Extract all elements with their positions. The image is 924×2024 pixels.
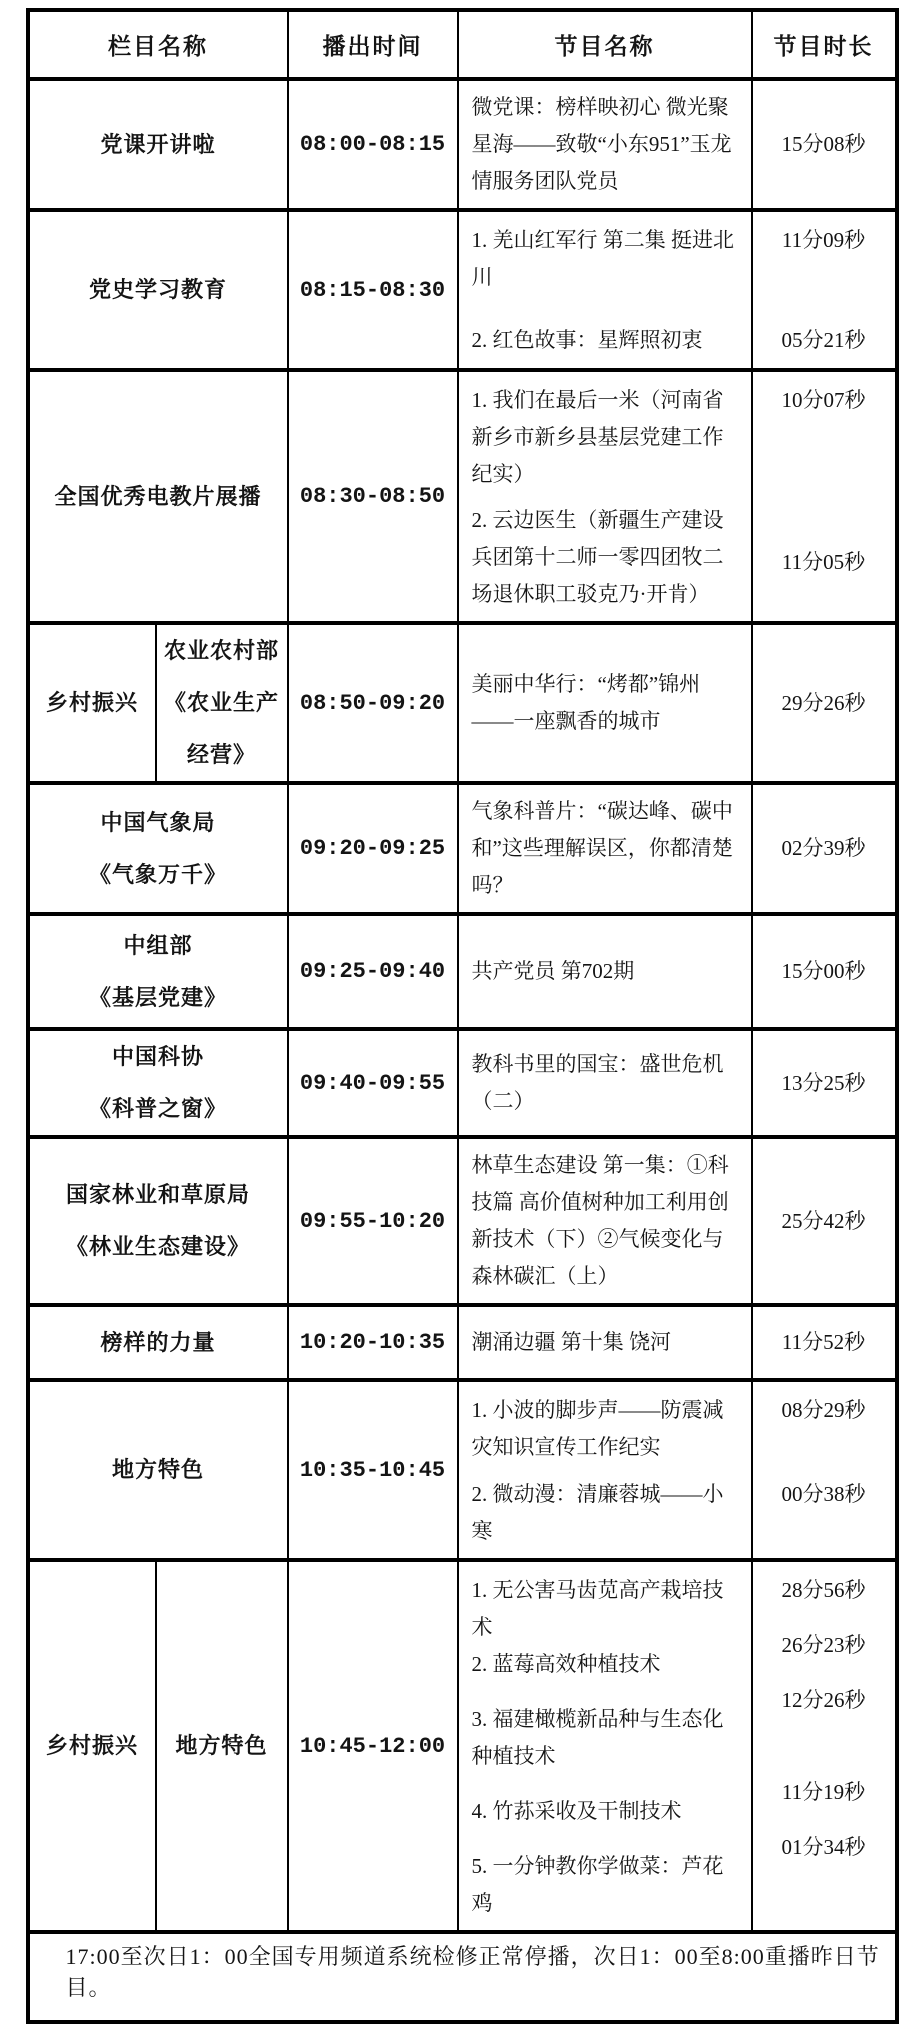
program-name: 1. 小波的脚步声——防震减灾知识宣传工作纪实: [472, 1392, 741, 1476]
program-duration: 05分21秒: [753, 322, 895, 359]
program-name: 2. 蓝莓高效种植技术: [472, 1646, 741, 1701]
channel-cell-right: 地方特色: [156, 1560, 288, 1932]
table-row: 中国科协 《科普之窗》 09:40-09:55 教科书里的国宝：盛世危机（二） …: [28, 1029, 897, 1137]
program-duration: 11分09秒: [753, 222, 895, 322]
program-duration: 08分29秒: [753, 1392, 895, 1476]
time-cell: 08:15-08:30: [288, 210, 458, 370]
duration-list: 11分09秒 05分21秒: [752, 210, 897, 370]
program-duration: 15分08秒: [752, 79, 897, 210]
program-schedule-table: 栏目名称 播出时间 节目名称 节目时长 党课开讲啦 08:00-08:15 微党…: [26, 8, 899, 2024]
channel-cell: 党课开讲啦: [28, 79, 288, 210]
program-list: 1. 我们在最后一米（河南省新乡市新乡县基层党建工作纪实） 2. 云边医生（新疆…: [458, 370, 752, 623]
program-name: 4. 竹荪采收及干制技术: [472, 1793, 741, 1848]
program-name: 5. 一分钟教你学做菜：芦花鸡: [472, 1848, 741, 1922]
time-cell: 09:40-09:55: [288, 1029, 458, 1137]
channel-cell: 党史学习教育: [28, 210, 288, 370]
time-cell: 09:25-09:40: [288, 914, 458, 1029]
duration-list: 10分07秒 11分05秒: [752, 370, 897, 623]
program-name: 2. 云边医生（新疆生产建设兵团第十二师一零四团牧二场退休职工驳克乃·开肯）: [472, 502, 741, 613]
table-header-row: 栏目名称 播出时间 节目名称 节目时长: [28, 10, 897, 79]
table-row: 党课开讲啦 08:00-08:15 微党课：榜样映初心 微光聚星海——致敬“小东…: [28, 79, 897, 210]
channel-cell-left: 乡村振兴: [28, 1560, 156, 1932]
time-cell: 09:20-09:25: [288, 783, 458, 914]
program-duration: 28分56秒: [753, 1572, 895, 1627]
channel-cell: 国家林业和草原局 《林业生态建设》: [28, 1137, 288, 1305]
channel-cell: 榜样的力量: [28, 1305, 288, 1380]
program-name: 微党课：榜样映初心 微光聚星海——致敬“小东951”玉龙情服务团队党员: [458, 79, 752, 210]
table-row: 榜样的力量 10:20-10:35 潮涌边疆 第十集 饶河 11分52秒: [28, 1305, 897, 1380]
program-duration: 29分26秒: [752, 623, 897, 783]
program-duration: 11分52秒: [752, 1305, 897, 1380]
footer-note: 17:00至次日1：00全国专用频道系统检修正常停播，次日1：00至8:00重播…: [28, 1932, 897, 2022]
program-duration: 11分05秒: [753, 502, 895, 581]
channel-cell: 中国气象局 《气象万千》: [28, 783, 288, 914]
channel-cell: 中国科协 《科普之窗》: [28, 1029, 288, 1137]
program-name: 3. 福建橄榄新品种与生态化种植技术: [472, 1701, 741, 1793]
program-name: 气象科普片：“碳达峰、碳中和”这些理解误区，你都清楚吗？: [458, 783, 752, 914]
header-time: 播出时间: [288, 10, 458, 79]
program-duration: 13分25秒: [752, 1029, 897, 1137]
channel-cell-right: 农业农村部 《农业生产 经营》: [156, 623, 288, 783]
header-channel: 栏目名称: [28, 10, 288, 79]
header-program: 节目名称: [458, 10, 752, 79]
program-duration: 01分34秒: [753, 1829, 895, 1866]
channel-cell: 地方特色: [28, 1380, 288, 1560]
table-row: 乡村振兴 地方特色 10:45-12:00 1. 无公害马齿苋高产栽培技术 2.…: [28, 1560, 897, 1932]
program-duration: 00分38秒: [753, 1476, 895, 1513]
time-cell: 08:00-08:15: [288, 79, 458, 210]
program-list: 1. 羌山红军行 第二集 挺进北川 2. 红色故事：星辉照初衷: [458, 210, 752, 370]
program-name: 1. 无公害马齿苋高产栽培技术: [472, 1572, 741, 1646]
time-cell: 09:55-10:20: [288, 1137, 458, 1305]
duration-list: 08分29秒 00分38秒: [752, 1380, 897, 1560]
time-cell: 10:45-12:00: [288, 1560, 458, 1932]
table-row: 国家林业和草原局 《林业生态建设》 09:55-10:20 林草生态建设 第一集…: [28, 1137, 897, 1305]
program-duration: 15分00秒: [752, 914, 897, 1029]
table-row: 乡村振兴 农业农村部 《农业生产 经营》 08:50-09:20 美丽中华行：“…: [28, 623, 897, 783]
program-name: 林草生态建设 第一集：①科技篇 高价值树种加工利用创新技术（下）②气候变化与森林…: [458, 1137, 752, 1305]
program-duration: 11分19秒: [753, 1774, 895, 1829]
time-cell: 10:35-10:45: [288, 1380, 458, 1560]
program-name: 教科书里的国宝：盛世危机（二）: [458, 1029, 752, 1137]
program-duration: 02分39秒: [752, 783, 897, 914]
time-cell: 10:20-10:35: [288, 1305, 458, 1380]
program-duration: 25分42秒: [752, 1137, 897, 1305]
table-row: 中国气象局 《气象万千》 09:20-09:25 气象科普片：“碳达峰、碳中和”…: [28, 783, 897, 914]
program-duration: 26分23秒: [753, 1627, 895, 1682]
program-name: 2. 红色故事：星辉照初衷: [472, 322, 741, 359]
duration-list: 28分56秒 26分23秒 12分26秒 11分19秒 01分34秒: [752, 1560, 897, 1932]
program-name: 美丽中华行：“烤都”锦州——一座飘香的城市: [458, 623, 752, 783]
table-row: 党史学习教育 08:15-08:30 1. 羌山红军行 第二集 挺进北川 2. …: [28, 210, 897, 370]
program-name: 2. 微动漫：清廉蓉城——小寒: [472, 1476, 741, 1550]
header-duration: 节目时长: [752, 10, 897, 79]
table-row: 地方特色 10:35-10:45 1. 小波的脚步声——防震减灾知识宣传工作纪实…: [28, 1380, 897, 1560]
program-name: 1. 羌山红军行 第二集 挺进北川: [472, 222, 741, 322]
program-duration: 10分07秒: [753, 382, 895, 502]
program-list: 1. 无公害马齿苋高产栽培技术 2. 蓝莓高效种植技术 3. 福建橄榄新品种与生…: [458, 1560, 752, 1932]
table-row: 全国优秀电教片展播 08:30-08:50 1. 我们在最后一米（河南省新乡市新…: [28, 370, 897, 623]
channel-cell-left: 乡村振兴: [28, 623, 156, 783]
channel-cell: 中组部 《基层党建》: [28, 914, 288, 1029]
program-name: 共产党员 第702期: [458, 914, 752, 1029]
program-name: 潮涌边疆 第十集 饶河: [458, 1305, 752, 1380]
program-duration: 12分26秒: [753, 1682, 895, 1774]
time-cell: 08:30-08:50: [288, 370, 458, 623]
program-name: 1. 我们在最后一米（河南省新乡市新乡县基层党建工作纪实）: [472, 382, 741, 502]
channel-cell: 全国优秀电教片展播: [28, 370, 288, 623]
table-row: 中组部 《基层党建》 09:25-09:40 共产党员 第702期 15分00秒: [28, 914, 897, 1029]
time-cell: 08:50-09:20: [288, 623, 458, 783]
program-list: 1. 小波的脚步声——防震减灾知识宣传工作纪实 2. 微动漫：清廉蓉城——小寒: [458, 1380, 752, 1560]
footer-row: 17:00至次日1：00全国专用频道系统检修正常停播，次日1：00至8:00重播…: [28, 1932, 897, 2022]
